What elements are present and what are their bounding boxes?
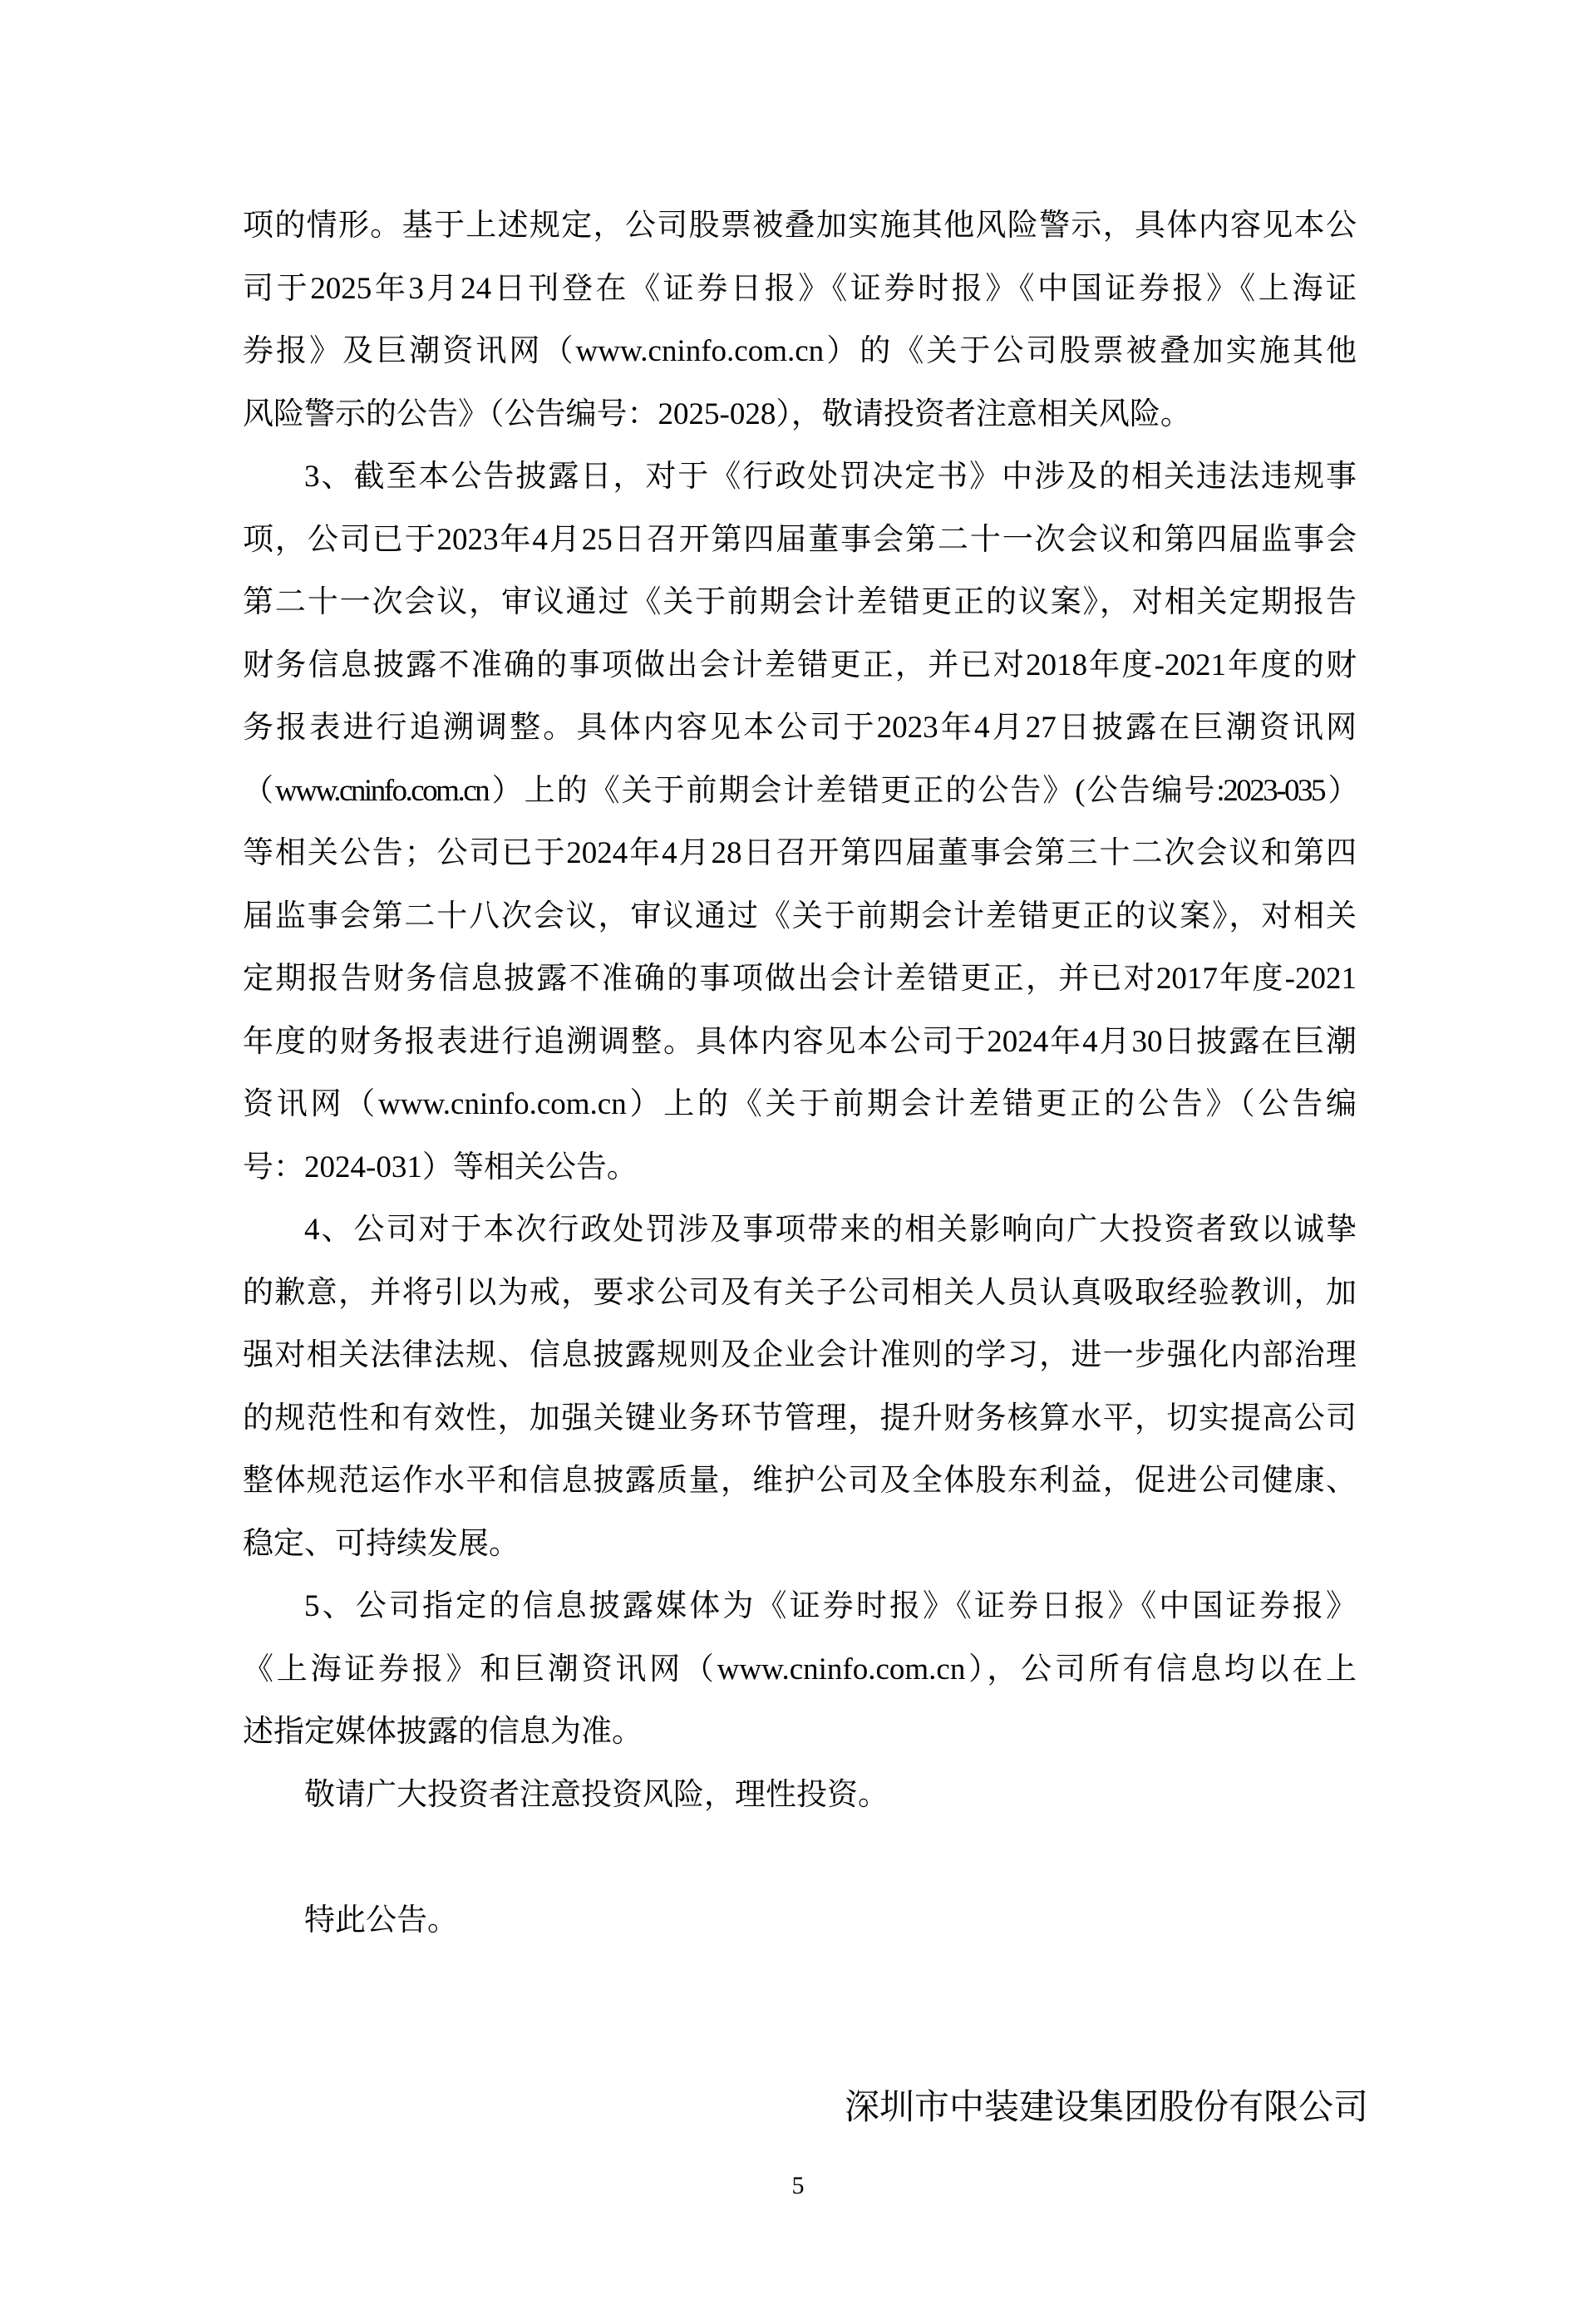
- text-line: 项的情形。基于上述规定，公司股票被叠加实施其他风险警示，具体内容见本公: [243, 194, 1357, 258]
- document-page: 项的情形。基于上述规定，公司股票被叠加实施其他风险警示，具体内容见本公 司于20…: [0, 0, 1596, 2324]
- text-line: 等相关公告；公司已于2024年4月28日召开第四届董事会第三十二次会议和第四: [243, 822, 1357, 885]
- paragraph-item-4: 4、公司对于本次行政处罚涉及事项带来的相关影响向广大投资者致以诚挚 的歉意，并将…: [243, 1199, 1357, 1575]
- text-line: 务报表进行追溯调整。具体内容见本公司于2023年4月27日披露在巨潮资讯网: [243, 697, 1357, 760]
- company-signature: 深圳市中装建设集团股份有限公司: [243, 2077, 1368, 2140]
- document-body: 项的情形。基于上述规定，公司股票被叠加实施其他风险警示，具体内容见本公 司于20…: [243, 194, 1357, 2140]
- text-line: 财务信息披露不准确的事项做出会计差错更正，并已对2018年度-2021年度的财: [243, 634, 1357, 697]
- text-line: 整体规范运作水平和信息披露质量，维护公司及全体股东利益，促进公司健康、: [243, 1450, 1357, 1513]
- text-line: 述指定媒体披露的信息为准。: [243, 1701, 1357, 1764]
- text-line: 定期报告财务信息披露不准确的事项做出会计差错更正，并已对2017年度-2021: [243, 948, 1357, 1011]
- paragraph-investor-note: 敬请广大投资者注意投资风险，理性投资。: [243, 1764, 1357, 1827]
- spacer: [243, 1826, 1357, 1889]
- text-line: 敬请广大投资者注意投资风险，理性投资。: [243, 1764, 1357, 1827]
- text-line: 5、公司指定的信息披露媒体为《证券时报》《证券日报》《中国证券报》: [243, 1575, 1357, 1638]
- text-line: 届监事会第二十八次会议，审议通过《关于前期会计差错更正的议案》，对相关: [243, 885, 1357, 948]
- text-line: 3、截至本公告披露日，对于《行政处罚决定书》中涉及的相关违法违规事: [243, 446, 1357, 509]
- text-line: 风险警示的公告》（公告编号：2025-028），敬请投资者注意相关风险。: [243, 383, 1357, 446]
- text-line: 年度的财务报表进行追溯调整。具体内容见本公司于2024年4月30日披露在巨潮: [243, 1011, 1357, 1074]
- paragraph-item-5: 5、公司指定的信息披露媒体为《证券时报》《证券日报》《中国证券报》 《上海证券报…: [243, 1575, 1357, 1764]
- spacer: [243, 1952, 1357, 2015]
- paragraph-risk-warning: 项的情形。基于上述规定，公司股票被叠加实施其他风险警示，具体内容见本公 司于20…: [243, 194, 1357, 446]
- text-line: 券报》及巨潮资讯网（www.cninfo.com.cn）的《关于公司股票被叠加实…: [243, 320, 1357, 383]
- text-line: （www.cninfo.com.cn）上的《关于前期会计差错更正的公告》(公告编…: [243, 760, 1357, 823]
- text-line: 的歉意，并将引以为戒，要求公司及有关子公司相关人员认真吸取经验教训，加: [243, 1262, 1357, 1325]
- text-line: 资讯网（www.cninfo.com.cn）上的《关于前期会计差错更正的公告》（…: [243, 1073, 1357, 1136]
- text-line: 4、公司对于本次行政处罚涉及事项带来的相关影响向广大投资者致以诚挚: [243, 1199, 1357, 1262]
- text-line: 的规范性和有效性，加强关键业务环节管理，提升财务核算水平，切实提高公司: [243, 1387, 1357, 1450]
- text-line: 强对相关法律法规、信息披露规则及企业会计准则的学习，进一步强化内部治理: [243, 1324, 1357, 1387]
- closing-statement: 特此公告。: [243, 1889, 1357, 1952]
- spacer: [243, 2015, 1357, 2078]
- paragraph-item-3: 3、截至本公告披露日，对于《行政处罚决定书》中涉及的相关违法违规事 项，公司已于…: [243, 446, 1357, 1199]
- page-number: 5: [0, 2168, 1596, 2204]
- text-line: 稳定、可持续发展。: [243, 1513, 1357, 1576]
- text-line: 《上海证券报》和巨潮资讯网（www.cninfo.com.cn），公司所有信息均…: [243, 1638, 1357, 1701]
- text-line: 第二十一次会议，审议通过《关于前期会计差错更正的议案》，对相关定期报告: [243, 571, 1357, 634]
- text-line: 项，公司已于2023年4月25日召开第四届董事会第二十一次会议和第四届监事会: [243, 509, 1357, 572]
- text-line: 司于2025年3月24日刊登在《证券日报》《证券时报》《中国证券报》《上海证: [243, 258, 1357, 321]
- text-line: 号：2024-031）等相关公告。: [243, 1136, 1357, 1199]
